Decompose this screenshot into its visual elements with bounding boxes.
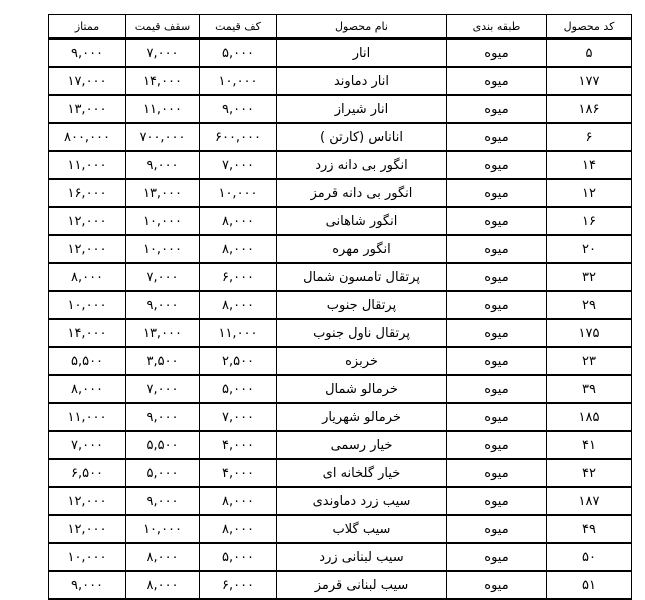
header-product-code: کد محصول [547, 15, 632, 39]
cell-price-max: ۷۰۰,۰۰۰ [126, 123, 200, 151]
cell-price-min: ۸,۰۰۰ [200, 487, 277, 515]
cell-category: میوه [447, 431, 547, 459]
cell-premium: ۱۴,۰۰۰ [49, 319, 126, 347]
cell-price-min: ۵,۰۰۰ [200, 39, 277, 68]
cell-category: میوه [447, 403, 547, 431]
cell-premium: ۵,۵۰۰ [49, 347, 126, 375]
cell-product-name: پرتقال تامسون شمال [277, 263, 447, 291]
cell-price-max: ۱۰,۰۰۰ [126, 515, 200, 543]
cell-premium: ۱۲,۰۰۰ [49, 487, 126, 515]
cell-product-code: ۵۱ [547, 571, 632, 599]
cell-category: میوه [447, 543, 547, 571]
cell-price-max: ۸,۰۰۰ [126, 543, 200, 571]
cell-price-max: ۷,۰۰۰ [126, 39, 200, 68]
cell-premium: ۸,۰۰۰ [49, 375, 126, 403]
cell-price-max: ۹,۰۰۰ [126, 151, 200, 179]
cell-price-max: ۱۴,۰۰۰ [126, 67, 200, 95]
cell-price-min: ۶,۰۰۰ [200, 263, 277, 291]
cell-product-code: ۱۲ [547, 179, 632, 207]
cell-premium: ۶,۵۰۰ [49, 459, 126, 487]
cell-category: میوه [447, 263, 547, 291]
table-row: ۲۹میوهپرتقال جنوب۸,۰۰۰۹,۰۰۰۱۰,۰۰۰ [49, 291, 632, 319]
cell-price-max: ۱۱,۰۰۰ [126, 95, 200, 123]
cell-product-code: ۳۹ [547, 375, 632, 403]
cell-price-max: ۱۳,۰۰۰ [126, 319, 200, 347]
cell-premium: ۱۰,۰۰۰ [49, 543, 126, 571]
cell-product-code: ۲۳ [547, 347, 632, 375]
cell-premium: ۹,۰۰۰ [49, 39, 126, 68]
cell-premium: ۱۲,۰۰۰ [49, 235, 126, 263]
cell-product-code: ۴۲ [547, 459, 632, 487]
table-body: ۵میوهانار۵,۰۰۰۷,۰۰۰۹,۰۰۰۱۷۷میوهانار دماو… [49, 39, 632, 600]
cell-price-max: ۱۳,۰۰۰ [126, 179, 200, 207]
table-row: ۵۱میوهسیب لبنانی قرمز۶,۰۰۰۸,۰۰۰۹,۰۰۰ [49, 571, 632, 599]
cell-category: میوه [447, 123, 547, 151]
cell-product-code: ۲۰ [547, 235, 632, 263]
cell-price-max: ۵,۵۰۰ [126, 431, 200, 459]
cell-category: میوه [447, 207, 547, 235]
cell-category: میوه [447, 39, 547, 68]
cell-price-min: ۱۰,۰۰۰ [200, 179, 277, 207]
table-row: ۲۰میوهانگور مهره۸,۰۰۰۱۰,۰۰۰۱۲,۰۰۰ [49, 235, 632, 263]
cell-price-min: ۹,۰۰۰ [200, 95, 277, 123]
cell-product-name: پرتقال جنوب [277, 291, 447, 319]
table-row: ۴۲میوهخیار گلخانه ای۴,۰۰۰۵,۰۰۰۶,۵۰۰ [49, 459, 632, 487]
cell-price-max: ۹,۰۰۰ [126, 403, 200, 431]
cell-price-min: ۶,۰۰۰ [200, 571, 277, 599]
cell-premium: ۱۰,۰۰۰ [49, 291, 126, 319]
cell-price-min: ۲,۵۰۰ [200, 347, 277, 375]
cell-price-max: ۹,۰۰۰ [126, 291, 200, 319]
cell-price-min: ۵,۰۰۰ [200, 543, 277, 571]
table-row: ۱۷۷میوهانار دماوند۱۰,۰۰۰۱۴,۰۰۰۱۷,۰۰۰ [49, 67, 632, 95]
table-row: ۱۸۷میوهسیب زرد دماوندی۸,۰۰۰۹,۰۰۰۱۲,۰۰۰ [49, 487, 632, 515]
price-table: کد محصول طبقه بندی نام محصول کف قیمت سقف… [48, 14, 632, 600]
cell-premium: ۱۷,۰۰۰ [49, 67, 126, 95]
cell-premium: ۹,۰۰۰ [49, 571, 126, 599]
cell-price-min: ۸,۰۰۰ [200, 207, 277, 235]
cell-product-name: انار [277, 39, 447, 68]
cell-price-min: ۷,۰۰۰ [200, 403, 277, 431]
cell-product-code: ۵ [547, 39, 632, 68]
cell-price-min: ۷,۰۰۰ [200, 151, 277, 179]
header-price-max: سقف قیمت [126, 15, 200, 39]
cell-premium: ۸,۰۰۰ [49, 263, 126, 291]
cell-category: میوه [447, 67, 547, 95]
cell-category: میوه [447, 515, 547, 543]
cell-category: میوه [447, 347, 547, 375]
cell-category: میوه [447, 319, 547, 347]
table-row: ۲۳میوهخربزه۲,۵۰۰۳,۵۰۰۵,۵۰۰ [49, 347, 632, 375]
cell-product-code: ۲۹ [547, 291, 632, 319]
cell-product-name: اناناس (کارتن ) [277, 123, 447, 151]
cell-product-name: خیار گلخانه ای [277, 459, 447, 487]
cell-price-max: ۸,۰۰۰ [126, 571, 200, 599]
cell-category: میوه [447, 375, 547, 403]
cell-product-code: ۶ [547, 123, 632, 151]
cell-product-name: سیب زرد دماوندی [277, 487, 447, 515]
cell-product-code: ۳۲ [547, 263, 632, 291]
table-row: ۵میوهانار۵,۰۰۰۷,۰۰۰۹,۰۰۰ [49, 39, 632, 68]
table-row: ۱۶میوهانگور شاهانی۸,۰۰۰۱۰,۰۰۰۱۲,۰۰۰ [49, 207, 632, 235]
cell-product-code: ۴۱ [547, 431, 632, 459]
cell-premium: ۱۱,۰۰۰ [49, 403, 126, 431]
cell-price-min: ۴,۰۰۰ [200, 431, 277, 459]
cell-price-min: ۸,۰۰۰ [200, 291, 277, 319]
cell-product-name: انار دماوند [277, 67, 447, 95]
table-row: ۴۹میوهسیب گلاب۸,۰۰۰۱۰,۰۰۰۱۲,۰۰۰ [49, 515, 632, 543]
cell-product-name: انگور شاهانی [277, 207, 447, 235]
cell-product-name: خرمالو شمال [277, 375, 447, 403]
cell-category: میوه [447, 95, 547, 123]
cell-product-name: سیب لبنانی قرمز [277, 571, 447, 599]
cell-price-min: ۸,۰۰۰ [200, 235, 277, 263]
table-row: ۱۸۵میوهخرمالو شهریار۷,۰۰۰۹,۰۰۰۱۱,۰۰۰ [49, 403, 632, 431]
table-row: ۱۷۵میوهپرتقال ناول جنوب۱۱,۰۰۰۱۳,۰۰۰۱۴,۰۰… [49, 319, 632, 347]
cell-price-min: ۶۰۰,۰۰۰ [200, 123, 277, 151]
cell-category: میوه [447, 151, 547, 179]
table-row: ۴۱میوهخیار رسمی۴,۰۰۰۵,۵۰۰۷,۰۰۰ [49, 431, 632, 459]
cell-product-name: سیب لبنانی زرد [277, 543, 447, 571]
cell-premium: ۱۱,۰۰۰ [49, 151, 126, 179]
cell-premium: ۸۰۰,۰۰۰ [49, 123, 126, 151]
cell-product-name: خیار رسمی [277, 431, 447, 459]
cell-price-max: ۷,۰۰۰ [126, 263, 200, 291]
table-row: ۳۹میوهخرمالو شمال۵,۰۰۰۷,۰۰۰۸,۰۰۰ [49, 375, 632, 403]
table-row: ۱۴میوهانگور بی دانه زرد۷,۰۰۰۹,۰۰۰۱۱,۰۰۰ [49, 151, 632, 179]
cell-product-name: پرتقال ناول جنوب [277, 319, 447, 347]
table-header-row: کد محصول طبقه بندی نام محصول کف قیمت سقف… [49, 15, 632, 39]
cell-product-name: انگور مهره [277, 235, 447, 263]
cell-product-code: ۴۹ [547, 515, 632, 543]
cell-price-max: ۱۰,۰۰۰ [126, 207, 200, 235]
table-row: ۳۲میوهپرتقال تامسون شمال۶,۰۰۰۷,۰۰۰۸,۰۰۰ [49, 263, 632, 291]
header-price-min: کف قیمت [200, 15, 277, 39]
cell-price-min: ۱۰,۰۰۰ [200, 67, 277, 95]
cell-product-name: انگور بی دانه زرد [277, 151, 447, 179]
cell-category: میوه [447, 235, 547, 263]
cell-product-code: ۱۸۵ [547, 403, 632, 431]
cell-price-min: ۸,۰۰۰ [200, 515, 277, 543]
cell-product-code: ۱۶ [547, 207, 632, 235]
cell-premium: ۱۲,۰۰۰ [49, 207, 126, 235]
cell-premium: ۷,۰۰۰ [49, 431, 126, 459]
cell-product-name: انگور بی دانه قرمز [277, 179, 447, 207]
header-product-name: نام محصول [277, 15, 447, 39]
cell-product-name: خربزه [277, 347, 447, 375]
table-row: ۱۸۶میوهانار شیراز۹,۰۰۰۱۱,۰۰۰۱۳,۰۰۰ [49, 95, 632, 123]
cell-premium: ۱۳,۰۰۰ [49, 95, 126, 123]
cell-category: میوه [447, 571, 547, 599]
cell-price-min: ۱۱,۰۰۰ [200, 319, 277, 347]
header-premium: ممتاز [49, 15, 126, 39]
cell-product-name: سیب گلاب [277, 515, 447, 543]
cell-premium: ۱۶,۰۰۰ [49, 179, 126, 207]
cell-product-code: ۱۴ [547, 151, 632, 179]
table-row: ۶میوهاناناس (کارتن )۶۰۰,۰۰۰۷۰۰,۰۰۰۸۰۰,۰۰… [49, 123, 632, 151]
cell-price-max: ۵,۰۰۰ [126, 459, 200, 487]
table-row: ۵۰میوهسیب لبنانی زرد۵,۰۰۰۸,۰۰۰۱۰,۰۰۰ [49, 543, 632, 571]
cell-product-code: ۱۷۵ [547, 319, 632, 347]
cell-product-name: انار شیراز [277, 95, 447, 123]
cell-category: میوه [447, 487, 547, 515]
cell-price-min: ۴,۰۰۰ [200, 459, 277, 487]
cell-product-code: ۱۸۷ [547, 487, 632, 515]
header-category: طبقه بندی [447, 15, 547, 39]
cell-category: میوه [447, 459, 547, 487]
cell-price-max: ۳,۵۰۰ [126, 347, 200, 375]
cell-product-name: خرمالو شهریار [277, 403, 447, 431]
cell-price-max: ۷,۰۰۰ [126, 375, 200, 403]
cell-price-min: ۵,۰۰۰ [200, 375, 277, 403]
cell-product-code: ۵۰ [547, 543, 632, 571]
cell-price-max: ۹,۰۰۰ [126, 487, 200, 515]
cell-category: میوه [447, 291, 547, 319]
cell-premium: ۱۲,۰۰۰ [49, 515, 126, 543]
cell-product-code: ۱۸۶ [547, 95, 632, 123]
cell-category: میوه [447, 179, 547, 207]
cell-product-code: ۱۷۷ [547, 67, 632, 95]
cell-price-max: ۱۰,۰۰۰ [126, 235, 200, 263]
table-row: ۱۲میوهانگور بی دانه قرمز۱۰,۰۰۰۱۳,۰۰۰۱۶,۰… [49, 179, 632, 207]
